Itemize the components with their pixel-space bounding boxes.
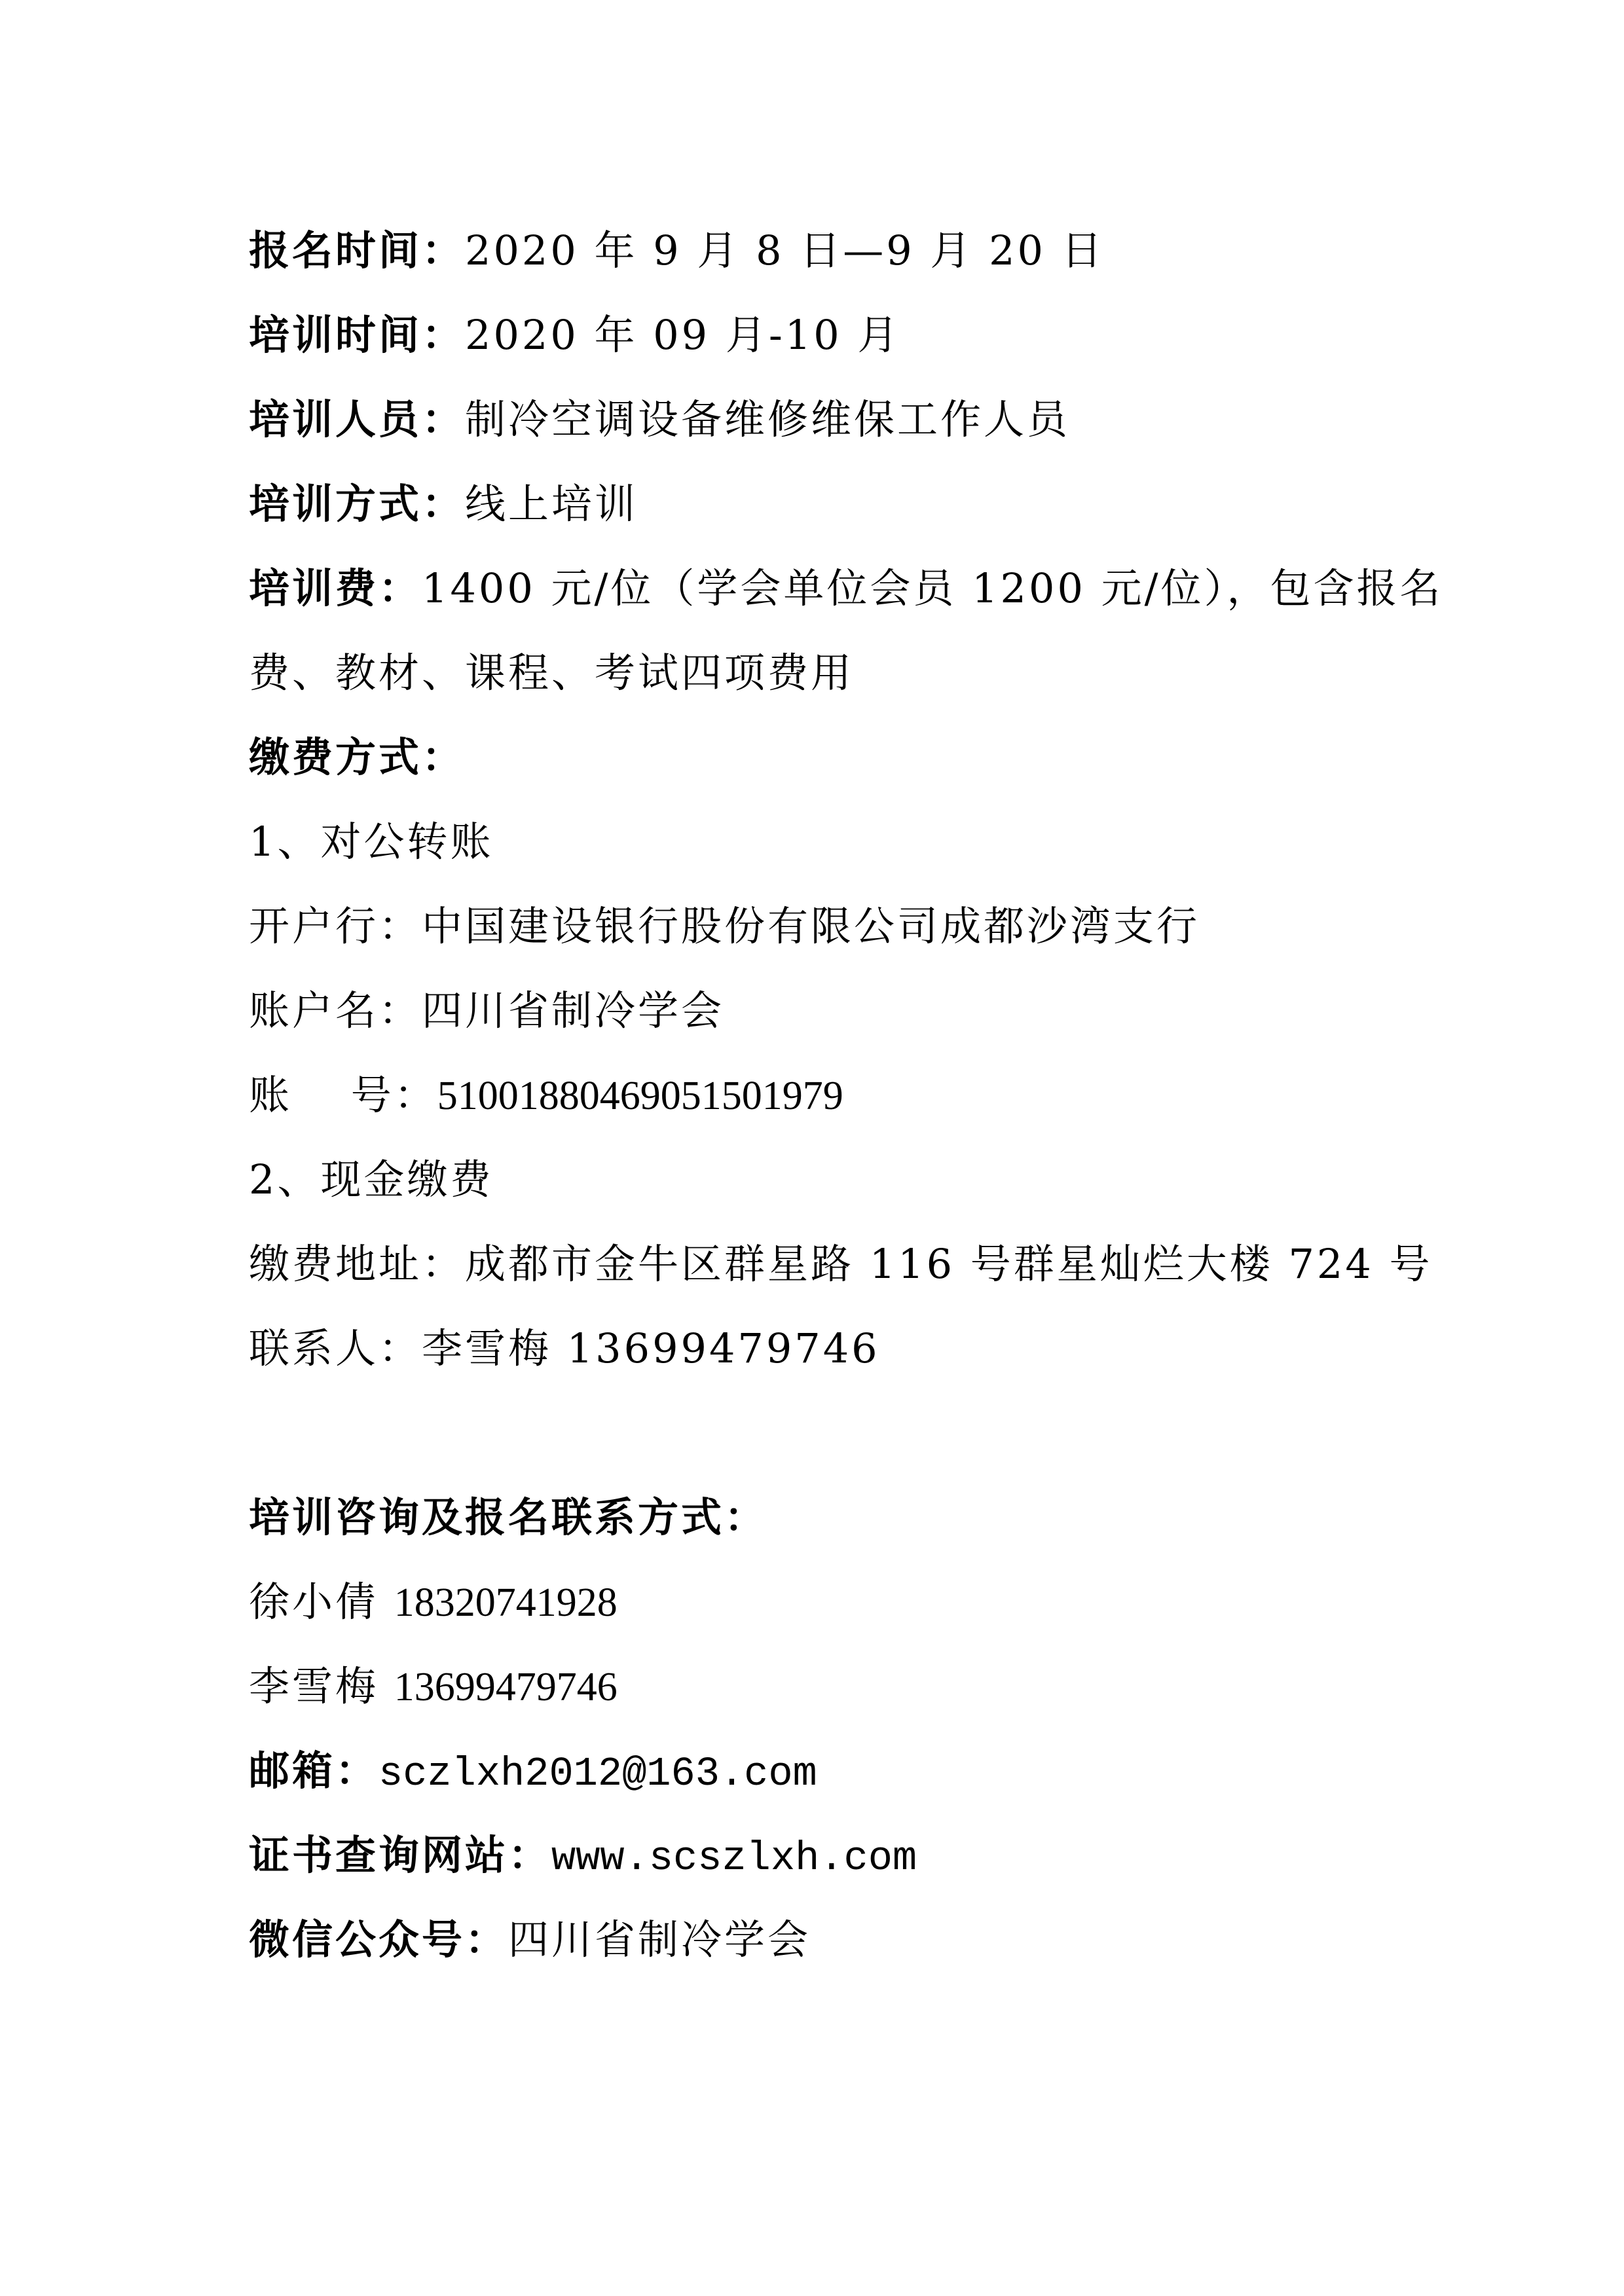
account-number-value: 51001880469051501979 — [437, 1074, 843, 1118]
fee-line: 培训费：1400 元/位（学会单位会员 1200 元/位），包含报名 — [249, 546, 1401, 630]
wechat-label: 微信公众号： — [249, 1916, 508, 1963]
wechat-value: 四川省制冷学会 — [508, 1916, 811, 1963]
fee-line-continued: 费、教材、课程、考试四项费用 — [249, 630, 1401, 715]
payment-contact-value: 李雪梅 13699479746 — [422, 1324, 880, 1372]
contact-phone: 18320741928 — [394, 1580, 618, 1625]
contacts-title: 培训咨询及报名联系方式： — [249, 1493, 767, 1541]
training-mode-line: 培训方式：线上培训 — [249, 462, 1401, 546]
payment-address-value: 成都市金牛区群星路 116 号群星灿烂大楼 724 号 — [465, 1240, 1433, 1288]
payment-method-label: 缴费方式： — [249, 733, 465, 781]
wechat-line: 微信公众号：四川省制冷学会 — [249, 1897, 1401, 1982]
contact-name: 李雪梅 — [249, 1662, 378, 1710]
training-time-value: 2020 年 09 月-10 月 — [465, 311, 900, 359]
trainees-value: 制冷空调设备维修维保工作人员 — [465, 395, 1070, 443]
account-name-line: 账户名：四川省制冷学会 — [249, 968, 1401, 1053]
payment-address-label: 缴费地址： — [249, 1240, 465, 1288]
website-link[interactable]: www.scszlxh.com — [551, 1835, 917, 1882]
contact-phone: 13699479746 — [394, 1665, 618, 1709]
cash-payment-title-text: 2、现金缴费 — [249, 1156, 493, 1203]
fee-value-continued: 费、教材、课程、考试四项费用 — [249, 649, 854, 697]
training-mode-label: 培训方式： — [249, 480, 465, 528]
payment-method-heading: 缴费方式： — [249, 715, 1401, 799]
cash-payment-title: 2、现金缴费 — [249, 1137, 1401, 1222]
account-name-label: 账户名： — [249, 987, 422, 1034]
training-time-line: 培训时间：2020 年 09 月-10 月 — [249, 293, 1401, 377]
registration-time-label: 报名时间： — [249, 227, 465, 274]
fee-value: 1400 元/位（学会单位会员 1200 元/位），包含报名 — [422, 564, 1443, 612]
payment-address-line: 缴费地址：成都市金牛区群星路 116 号群星灿烂大楼 724 号 — [249, 1222, 1401, 1306]
registration-time-value: 2020 年 9 月 8 日—9 月 20 日 — [465, 227, 1105, 274]
website-line: 证书查询网站：www.scszlxh.com — [249, 1813, 1401, 1897]
contact-person-1: 徐小倩 18320741928 — [249, 1559, 1401, 1644]
training-mode-value: 线上培训 — [465, 480, 638, 528]
account-name-value: 四川省制冷学会 — [422, 987, 724, 1034]
bank-transfer-title: 1、对公转账 — [249, 799, 1401, 884]
account-number-line: 账 号：51001880469051501979 — [249, 1053, 1401, 1137]
contact-person-2: 李雪梅 13699479746 — [249, 1644, 1401, 1728]
bank-label: 开户行： — [249, 902, 422, 950]
contacts-heading: 培训咨询及报名联系方式： — [249, 1475, 1401, 1559]
website-label: 证书查询网站： — [249, 1831, 551, 1879]
registration-time-line: 报名时间：2020 年 9 月 8 日—9 月 20 日 — [249, 208, 1401, 293]
training-time-label: 培训时间： — [249, 311, 465, 359]
contact-name: 徐小倩 — [249, 1578, 378, 1626]
email-line: 邮箱：sczlxh2012@163.com — [249, 1728, 1401, 1813]
bank-transfer-title-text: 1、对公转账 — [249, 818, 493, 866]
payment-contact-line: 联系人：李雪梅 13699479746 — [249, 1306, 1401, 1391]
trainees-label: 培训人员： — [249, 395, 465, 443]
email-label: 邮箱： — [249, 1747, 378, 1795]
blank-line — [249, 1391, 1401, 1475]
document-page: 报名时间：2020 年 9 月 8 日—9 月 20 日 培训时间：2020 年… — [249, 208, 1401, 1982]
payment-contact-label: 联系人： — [249, 1324, 422, 1372]
bank-line: 开户行：中国建设银行股份有限公司成都沙湾支行 — [249, 884, 1401, 968]
bank-value: 中国建设银行股份有限公司成都沙湾支行 — [422, 902, 1200, 950]
email-link[interactable]: sczlxh2012@163.com — [378, 1751, 817, 1797]
trainees-line: 培训人员：制冷空调设备维修维保工作人员 — [249, 377, 1401, 462]
account-number-label: 账 号： — [249, 1071, 437, 1119]
fee-label: 培训费： — [249, 564, 422, 612]
